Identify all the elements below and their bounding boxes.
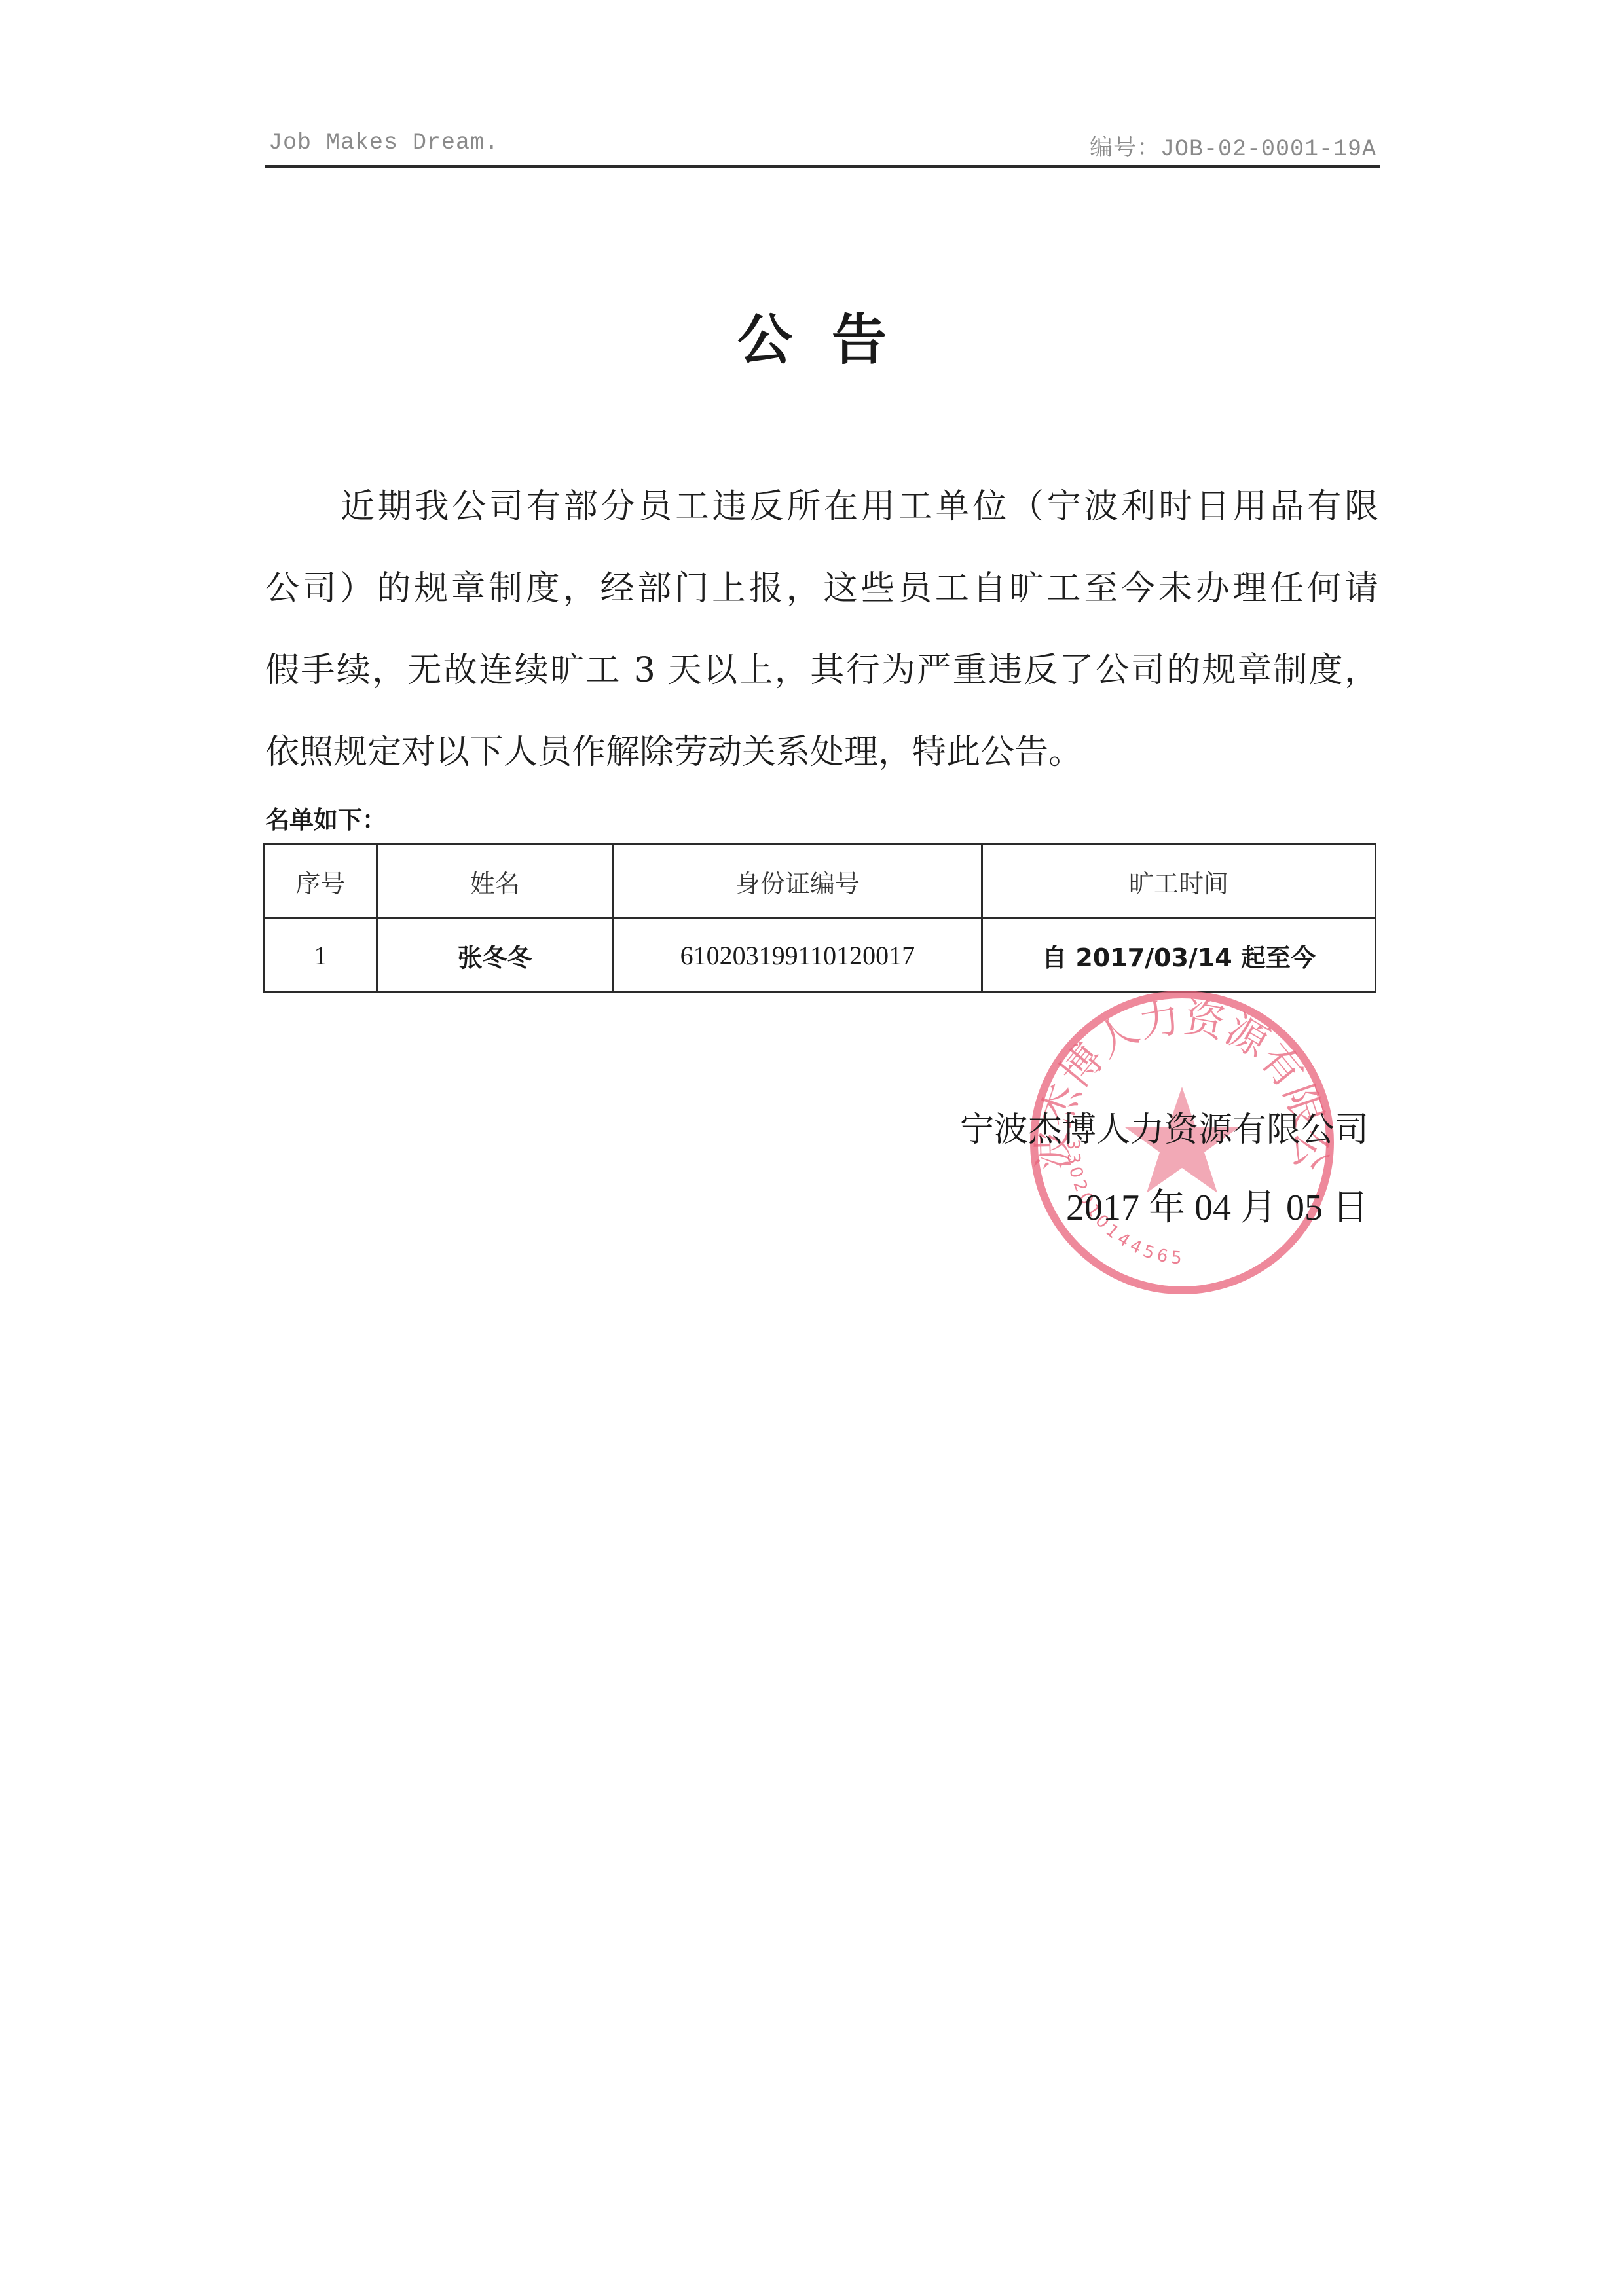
- body-line: 公司）的规章制度，经部门上报，这些员工自旷工至今未办理任何请: [265, 548, 1378, 630]
- cell-name: 张冬冬: [377, 919, 613, 993]
- cell-index: 1: [265, 919, 377, 993]
- dismissal-table: 序号 姓名 身份证编号 旷工时间 1 张冬冬 61020319911012001…: [263, 843, 1376, 993]
- page-title: 公告: [0, 296, 1624, 375]
- table-header-row: 序号 姓名 身份证编号 旷工时间: [265, 845, 1376, 919]
- body-line: 假手续，无故连续旷工 3 天以上，其行为严重违反了公司的规章制度，: [265, 630, 1378, 712]
- cell-absence-period: 自 2017/03/14 起至今: [982, 919, 1376, 993]
- col-header-index: 序号: [265, 845, 377, 919]
- signature-date: 2017 年 04 月 05 日: [1066, 1178, 1369, 1231]
- body-line: 依照规定对以下人员作解除劳动关系处理，特此公告。: [265, 712, 1378, 793]
- notice-body: 近期我公司有部分员工违反所在用工单位（宁波利时日用品有限 公司）的规章制度，经部…: [265, 466, 1378, 793]
- table-row: 1 张冬冬 610203199110120017 自 2017/03/14 起至…: [265, 919, 1376, 993]
- header-divider: [265, 165, 1380, 168]
- col-header-name: 姓名: [377, 845, 613, 919]
- header-slogan: Job Makes Dream.: [268, 130, 499, 156]
- cell-id-number: 610203199110120017: [613, 919, 982, 993]
- list-label: 名单如下：: [265, 800, 386, 835]
- document-number: 编号：JOB-02-0001-19A: [1090, 130, 1376, 162]
- body-line: 近期我公司有部分员工违反所在用工单位（宁波利时日用品有限: [265, 466, 1378, 548]
- col-header-absence-period: 旷工时间: [982, 845, 1376, 919]
- col-header-id-number: 身份证编号: [613, 845, 982, 919]
- signature-company: 宁波杰博人力资源有限公司: [960, 1102, 1369, 1151]
